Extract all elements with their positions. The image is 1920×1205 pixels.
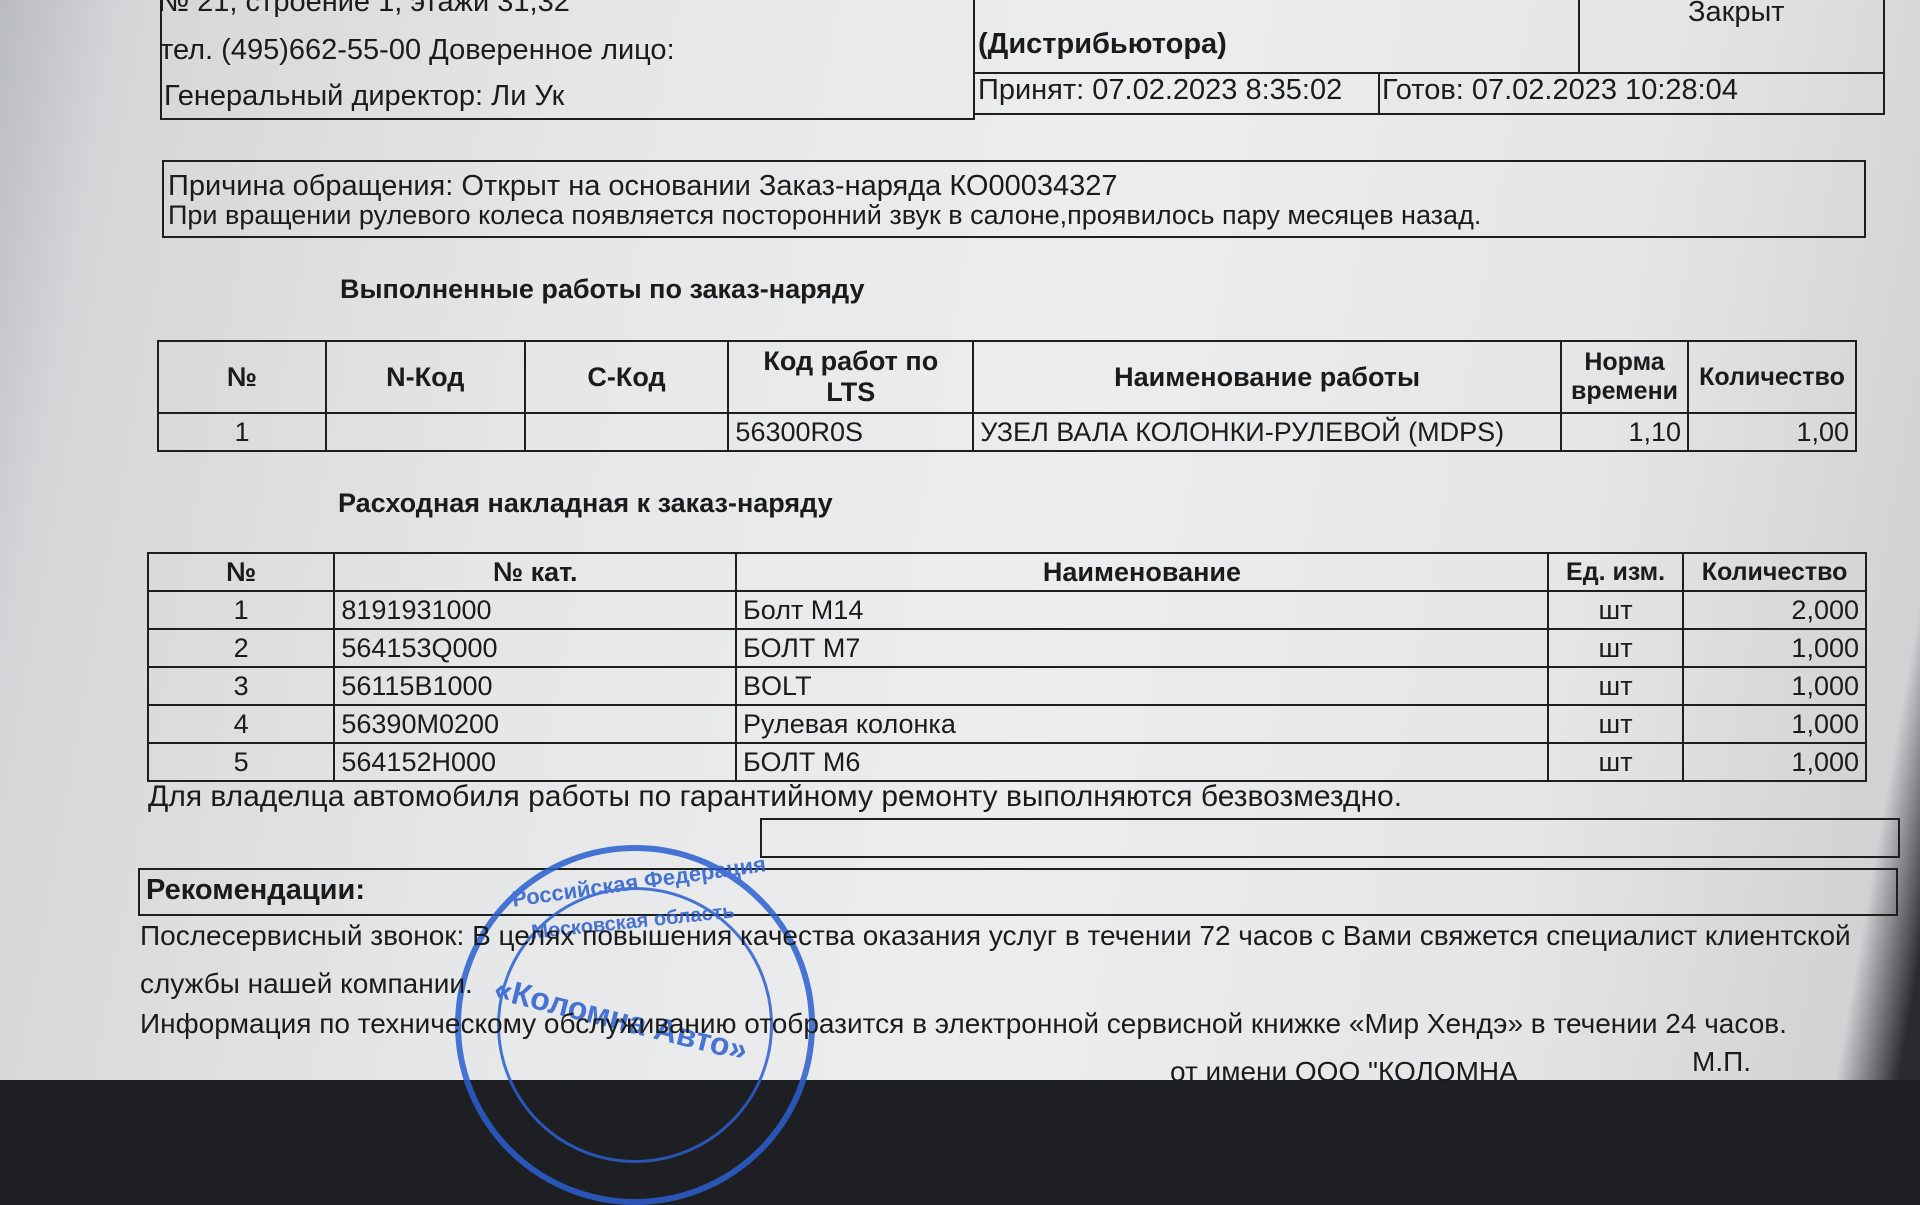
- header-divider-vertical: [1578, 0, 1580, 72]
- phone-line: тел. (495)662-55-00 Доверенное лицо:: [160, 34, 675, 67]
- parts-cell-cat: 8191931000: [334, 591, 736, 629]
- director-line: Генеральный директор: Ли Ук: [164, 80, 564, 113]
- parts-cell-cat: 564152H000: [334, 743, 736, 781]
- parts-cell-no: 5: [148, 743, 334, 781]
- parts-cell-no: 1: [148, 591, 334, 629]
- parts-table: № № кат. Наименование Ед. изм. Количеств…: [147, 552, 1867, 782]
- parts-col-qty: Количество: [1683, 553, 1866, 591]
- parts-cell-qty: 1,000: [1683, 629, 1866, 667]
- parts-col-unit: Ед. изм.: [1548, 553, 1683, 591]
- parts-cell-name: БОЛТ М7: [736, 629, 1548, 667]
- recommendations-label: Рекомендации:: [146, 874, 365, 907]
- parts-cell-name: Рулевая колонка: [736, 705, 1548, 743]
- works-cell-qty: 1,00: [1688, 413, 1856, 451]
- parts-cell-unit: шт: [1548, 629, 1683, 667]
- parts-cell-cat: 56115B1000: [334, 667, 736, 705]
- parts-cell-name: Болт М14: [736, 591, 1548, 629]
- works-cell-ncode: [326, 413, 525, 451]
- works-cell-lts: 56300R0S: [728, 413, 973, 451]
- parts-cell-qty: 1,000: [1683, 743, 1866, 781]
- works-col-no: №: [158, 341, 326, 413]
- parts-cell-no: 2: [148, 629, 334, 667]
- works-col-ccode: С-Код: [525, 341, 729, 413]
- parts-col-no: №: [148, 553, 334, 591]
- parts-cell-name: БОЛТ М6: [736, 743, 1548, 781]
- reason-line-1: Причина обращения: Открыт на основании З…: [168, 170, 1118, 203]
- footer-line-1: Послесервисный звонок: В целях повышения…: [140, 920, 1851, 952]
- table-row: 5 564152H000 БОЛТ М6 шт 1,000: [148, 743, 1866, 781]
- works-col-lts: Код работ по LTS: [728, 341, 973, 413]
- footer-line-3: Информация по техническому обслуживанию …: [140, 1008, 1787, 1040]
- parts-cell-no: 3: [148, 667, 334, 705]
- works-header-row: № N-Код С-Код Код работ по LTS Наименова…: [158, 341, 1856, 413]
- works-title: Выполненные работы по заказ-наряду: [340, 274, 865, 305]
- reason-line-2: При вращении рулевого колеса появляется …: [168, 200, 1481, 231]
- stamp-place-label: М.П.: [1692, 1046, 1751, 1078]
- works-col-name: Наименование работы: [973, 341, 1561, 413]
- recommendations-box: [138, 868, 1898, 916]
- works-cell-norm: 1,10: [1561, 413, 1688, 451]
- table-row: 1 8191931000 Болт М14 шт 2,000: [148, 591, 1866, 629]
- parts-cell-cat: 564153Q000: [334, 629, 736, 667]
- parts-cell-unit: шт: [1548, 667, 1683, 705]
- parts-col-cat: № кат.: [334, 553, 736, 591]
- parts-cell-unit: шт: [1548, 591, 1683, 629]
- table-row: 1 56300R0S УЗЕЛ ВАЛА КОЛОНКИ-РУЛЕВОЙ (MD…: [158, 413, 1856, 451]
- works-col-norm: Норма времени: [1561, 341, 1688, 413]
- document-sheet: № 21, строение 1, этажи 31,32 тел. (495)…: [0, 0, 1920, 1080]
- address-line: № 21, строение 1, этажи 31,32: [158, 0, 570, 19]
- parts-cell-qty: 1,000: [1683, 705, 1866, 743]
- footer-line-2: службы нашей компании.: [140, 968, 473, 1000]
- table-row: 3 56115B1000 BOLT шт 1,000: [148, 667, 1866, 705]
- warranty-note: Для владелца автомобиля работы по гарант…: [148, 780, 1402, 814]
- parts-cell-unit: шт: [1548, 705, 1683, 743]
- table-row: 2 564153Q000 БОЛТ М7 шт 1,000: [148, 629, 1866, 667]
- parts-cell-qty: 2,000: [1683, 591, 1866, 629]
- ready-datetime: Готов: 07.02.2023 10:28:04: [1382, 74, 1738, 107]
- works-cell-name: УЗЕЛ ВАЛА КОЛОНКИ-РУЛЕВОЙ (MDPS): [973, 413, 1561, 451]
- empty-box: [760, 818, 1900, 858]
- parts-col-name: Наименование: [736, 553, 1548, 591]
- distributor-label: (Дистрибьютора): [978, 28, 1227, 61]
- parts-title: Расходная накладная к заказ-наряду: [338, 488, 833, 519]
- works-col-qty: Количество: [1688, 341, 1856, 413]
- parts-header-row: № № кат. Наименование Ед. изм. Количеств…: [148, 553, 1866, 591]
- works-cell-ccode: [525, 413, 729, 451]
- works-table: № N-Код С-Код Код работ по LTS Наименова…: [157, 340, 1857, 452]
- works-cell-no: 1: [158, 413, 326, 451]
- status-label: Закрыт: [1688, 0, 1785, 29]
- header-divider-vertical-2: [1378, 72, 1380, 114]
- table-row: 4 56390M0200 Рулевая колонка шт 1,000: [148, 705, 1866, 743]
- parts-cell-name: BOLT: [736, 667, 1548, 705]
- parts-cell-qty: 1,000: [1683, 667, 1866, 705]
- works-col-ncode: N-Код: [326, 341, 525, 413]
- accepted-datetime: Принят: 07.02.2023 8:35:02: [978, 74, 1342, 107]
- signature-partial: от имени ООО "КОЛОМНА: [1170, 1056, 1518, 1080]
- parts-cell-no: 4: [148, 705, 334, 743]
- parts-cell-unit: шт: [1548, 743, 1683, 781]
- parts-cell-cat: 56390M0200: [334, 705, 736, 743]
